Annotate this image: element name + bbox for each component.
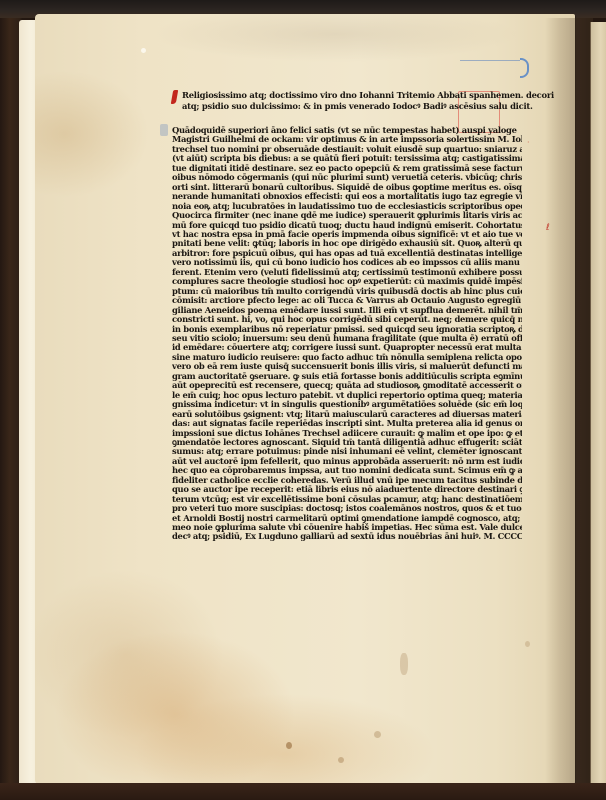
printed-text-block: Religiosissimo atq; doctissimo viro dno … (172, 90, 522, 542)
facing-page-edge (590, 22, 606, 788)
text-line: vt hac nostra epsa in pmā facie operis i… (172, 230, 522, 239)
dedication-heading: Religiosissimo atq; doctissimo viro dno … (182, 90, 522, 112)
text-line: gnissima indicetur: vt in singulis quest… (172, 400, 522, 409)
text-line: ꝯmendatōe lectores agnoscant. Siquid tm̄… (172, 438, 522, 447)
text-line: vero notissimū iis, qui cū bono iudicio … (172, 258, 522, 267)
foxing-stain (525, 641, 530, 647)
text-line: aūt opeprecitū est recensere, quecq; quā… (172, 381, 522, 390)
text-line: Quocirca firmiter (nec inane qdē me iudi… (172, 211, 522, 220)
text-line: et Arnoldi Bostij nostri carmelitarū opt… (172, 514, 522, 523)
text-line: Magistri Guilhelmi de ockam: vir optimus… (172, 135, 522, 144)
blue-guide-line (460, 60, 520, 61)
red-marginal-note: ℓ (546, 223, 550, 233)
text-line: decꝰ atq; psidiū, Ex Lugduno galliarū ad… (172, 532, 522, 541)
text-line: (vt aiūt) scripta bis diebus: a se quātū… (172, 154, 522, 163)
text-line: impssioni sue dictus Iohānes Trechsel ad… (172, 429, 522, 438)
red-marginal-note: · (527, 138, 530, 147)
text-line: nerande humanitati obnoxios effecisti: q… (172, 192, 522, 201)
foxing-stain (286, 742, 292, 749)
text-line: sumus: atq; errare potuimus: pinde nisi … (172, 447, 522, 456)
text-line: vero ob eā rem iuste quisq̄ succensuerit… (172, 362, 522, 371)
gutter-shadow (545, 18, 593, 788)
text-line: quo se auctor ipe receperit: etiā libris… (172, 485, 522, 494)
text-line: mū fore quicqd tuo psidio dicatū tuoq; d… (172, 221, 522, 230)
text-line: cōmisit: arctiore pfecto lege: ac oli Tu… (172, 296, 522, 305)
text-line: das: aut signatas facile reperiēdas insc… (172, 419, 522, 428)
text-line: le em̄ cuiq; hoc opus lecturo patebit. v… (172, 391, 522, 400)
text-line: pro veteri tuo more suscipias: doctosq; … (172, 504, 522, 513)
red-paragraph-mark-icon (171, 90, 178, 104)
text-line: fideliter catholice eccl̄ie coheredas. V… (172, 476, 522, 485)
heading-line: atq; psidio suo dulcissimo: & in pmis ve… (182, 101, 522, 112)
text-line: terum vtcūq; est vir excellētissime boni… (172, 495, 522, 504)
text-line: id emēdare: cōuertere atq; corrigere ius… (172, 343, 522, 352)
text-line: gram auctoritatē ꝯseruare. ꝙ suis etiā f… (172, 372, 522, 381)
text-line: aūt vel auctorē ipm fefellerit, quo minu… (172, 457, 522, 466)
text-line: noia eoꝶ atq; lucubratōes in laudatissim… (172, 202, 522, 211)
text-line: oibus nōmodo cōgermanis (qui nūc plurimi… (172, 173, 522, 182)
text-line: earū solutōibus ꝯsignent: vtq; litarū ma… (172, 410, 522, 419)
foxing-stain (374, 731, 381, 738)
page-scan: · ℓ Religiosissimo atq; doctissimo viro … (0, 0, 606, 800)
foxing-stain (338, 757, 344, 763)
initial-guide-letter-icon (160, 124, 168, 136)
foxing-stain (400, 653, 408, 675)
text-line: meo noie ꝙplurima salute vbi cōuenire ha… (172, 523, 522, 532)
text-line: trechsel tuo nomini pr obseruāde destiau… (172, 145, 522, 154)
text-line: giliane Aeneidos poema emēdare iussi sun… (172, 306, 522, 315)
text-line: ptum: cū maioribus tm̄ multo corrigendū … (172, 287, 522, 296)
binding-bottom-edge (0, 783, 606, 800)
text-line: orti sint. litterarū bonarū cultoribus. … (172, 183, 522, 192)
text-line: constricti sunt. hi, vo, qui hoc opus co… (172, 315, 522, 324)
text-line: Quādoquidē superiori āno felici satis (v… (172, 126, 522, 135)
text-line: tue dignitati itidē destinare. sez eo pa… (172, 164, 522, 173)
letter-body: Quādoquidē superiori āno felici satis (v… (172, 126, 522, 542)
text-line: pnitati bene velit: ꝙtūq; laboris in hoc… (172, 239, 522, 248)
text-line: ferent. Etenim vero (veluti fidelissimū … (172, 268, 522, 277)
heading-line: Religiosissimo atq; doctissimo viro dno … (182, 90, 522, 101)
text-line: complures sacre theologie studiosi hoc o… (172, 277, 522, 286)
text-line: in bonis exemplaribus nō reperiatur pmis… (172, 325, 522, 334)
paper-hole (141, 48, 146, 53)
text-line: sine maturo iudicio reuisere: quo facto … (172, 353, 522, 362)
text-line: hec quo ea cōprobaremus impssa, aut tuo … (172, 466, 522, 475)
text-line: arbitror: fore pspicuū oibus, qui has op… (172, 249, 522, 258)
text-line: seu vitio sciolo; inuersum: seu denū hum… (172, 334, 522, 343)
